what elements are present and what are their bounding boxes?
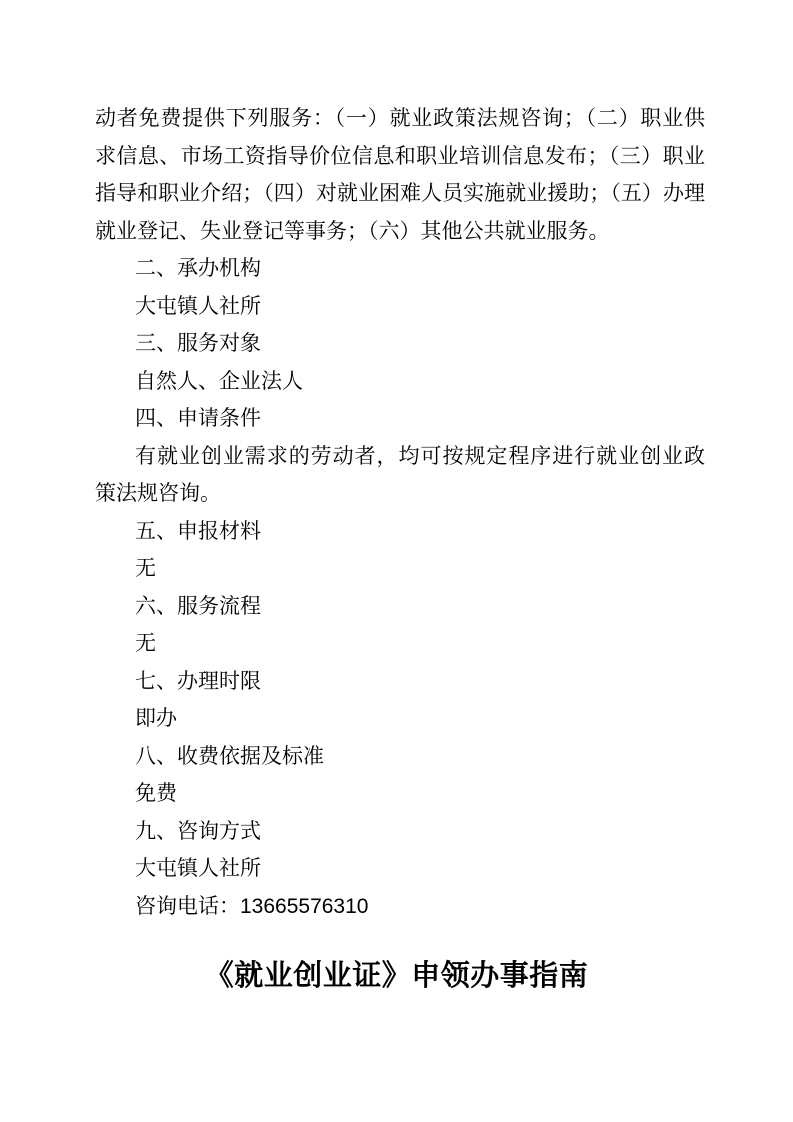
section-7-content: 即办 [95,700,705,738]
intro-paragraph-line-3: 指导和职业介绍；（四）对就业困难人员实施就业援助；（五）办理 [95,175,705,213]
section-9-content-phone: 咨询电话：13665576310 [95,888,705,926]
intro-paragraph-line-1: 动者免费提供下列服务：（一）就业政策法规咨询；（二）职业供 [95,100,705,138]
intro-paragraph-line-2: 求信息、市场工资指导价位信息和职业培训信息发布；（三）职业 [95,138,705,176]
section-3-heading: 三、服务对象 [95,325,705,363]
section-4-heading: 四、申请条件 [95,400,705,438]
section-4-content-line-2: 策法规咨询。 [95,475,705,513]
section-4-content-line-1: 有就业创业需求的劳动者，均可按规定程序进行就业创业政 [95,438,705,476]
section-2-heading: 二、承办机构 [95,250,705,288]
next-guide-title: 《就业创业证》申领办事指南 [0,952,793,1000]
section-9-content-office: 大屯镇人社所 [95,850,705,888]
section-5-content: 无 [95,550,705,588]
section-3-content: 自然人、企业法人 [95,363,705,401]
section-9-heading: 九、咨询方式 [95,813,705,851]
section-5-heading: 五、申报材料 [95,513,705,551]
section-8-content: 免费 [95,775,705,813]
section-8-heading: 八、收费依据及标准 [95,738,705,776]
section-7-heading: 七、办理时限 [95,663,705,701]
section-6-content: 无 [95,625,705,663]
section-6-heading: 六、服务流程 [95,588,705,626]
section-2-content: 大屯镇人社所 [95,288,705,326]
document-body: 动者免费提供下列服务：（一）就业政策法规咨询；（二）职业供 求信息、市场工资指导… [0,0,793,925]
document-page: 动者免费提供下列服务：（一）就业政策法规咨询；（二）职业供 求信息、市场工资指导… [0,0,793,1122]
intro-paragraph-line-4: 就业登记、失业登记等事务；（六）其他公共就业服务。 [95,213,705,251]
